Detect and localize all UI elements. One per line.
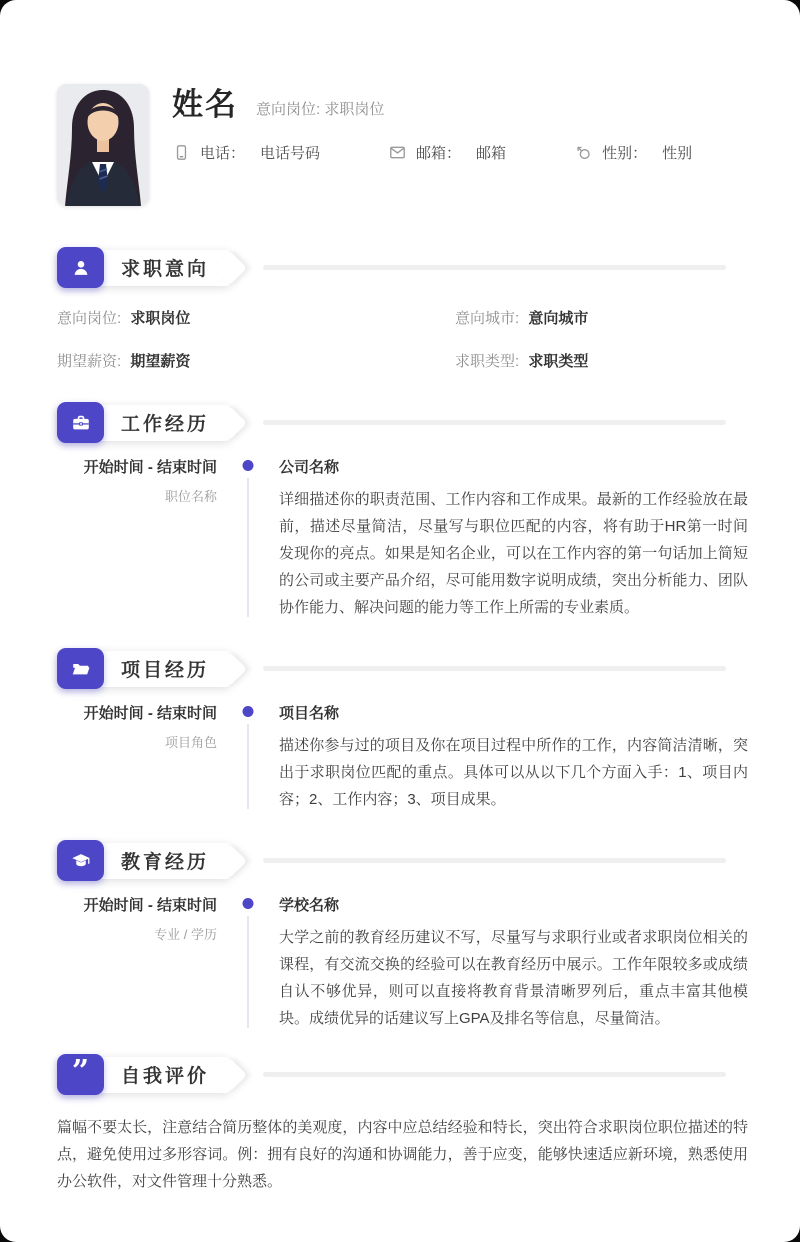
mail-icon (388, 143, 407, 162)
contact-value: 邮箱 (476, 142, 506, 163)
project-date-range: 开始时间 - 结束时间 (57, 702, 217, 723)
folder-icon (57, 648, 104, 689)
education-description: 大学之前的教育经历建议不写，尽量写与求职行业或者求职岗位相关的课程，有交流交换的… (279, 924, 748, 1032)
field-value: 求职类型 (528, 353, 588, 370)
user-icon (57, 247, 104, 288)
project-entry-body: 项目名称 描述你参与过的项目及你在项目过程中所作的工作，内容简洁清晰，突出于求职… (279, 700, 748, 813)
project-role: 项目角色 (57, 732, 217, 751)
project-entry-left: 开始时间 - 结束时间 项目角色 (57, 700, 217, 813)
school-name: 学校名称 (279, 894, 748, 915)
job-intention-fields: 意向岗位: 求职岗位 意向城市: 意向城市 期望薪资: 期望薪资 求职类型: 求… (57, 307, 748, 371)
timeline-dot (243, 898, 254, 909)
section-title: 自我评价 (121, 1061, 209, 1088)
resume-page: 姓名 意向岗位: 求职岗位 电话： 电话号码 (0, 0, 800, 1242)
phone-icon (172, 143, 191, 162)
graduation-cap-icon (57, 840, 104, 881)
contact-label: 邮箱： (416, 142, 461, 163)
timeline-gutter (217, 892, 279, 1032)
contact-value: 电话号码 (260, 142, 320, 163)
field-expected-salary: 期望薪资: 期望薪资 (57, 350, 455, 371)
timeline-gutter (217, 700, 279, 813)
section-divider-line (263, 420, 726, 425)
section-header-project: 项目经历 (57, 648, 748, 689)
work-entry-body: 公司名称 详细描述你的职责范围、工作内容和工作成果。最新的工作经验放在最前，描述… (279, 454, 748, 621)
education-date-range: 开始时间 - 结束时间 (57, 894, 217, 915)
candidate-name: 姓名 (172, 88, 238, 122)
contact-phone: 电话： 电话号码 (172, 142, 320, 163)
field-job-type: 求职类型: 求职类型 (455, 350, 748, 371)
education-major-degree: 专业 / 学历 (57, 924, 217, 943)
contact-gender: 性别： 性别 (574, 142, 692, 163)
field-value: 求职岗位 (130, 310, 190, 327)
timeline-line (247, 916, 249, 1028)
name-row: 姓名 意向岗位: 求职岗位 (172, 88, 692, 122)
section-header-self-evaluation: ” 自我评价 (57, 1054, 748, 1095)
contact-label: 性别： (602, 142, 647, 163)
contact-email: 邮箱： 邮箱 (388, 142, 506, 163)
field-label: 意向岗位: (57, 310, 121, 327)
gender-icon (574, 143, 593, 162)
work-description: 详细描述你的职责范围、工作内容和工作成果。最新的工作经验放在最前，描述尽量简洁，… (279, 486, 748, 621)
contact-row: 电话： 电话号码 邮箱： 邮箱 (172, 142, 692, 163)
section-header-job-intention: 求职意向 (57, 247, 748, 288)
project-entry: 开始时间 - 结束时间 项目角色 项目名称 描述你参与过的项目及你在项目过程中所… (57, 700, 748, 813)
briefcase-icon (57, 402, 104, 443)
quote-icon: ” (57, 1054, 104, 1095)
contact-label: 电话： (200, 142, 245, 163)
section-title: 项目经历 (121, 655, 209, 682)
section-header-education: 教育经历 (57, 840, 748, 881)
section-title: 教育经历 (121, 847, 209, 874)
field-value: 期望薪资 (130, 353, 190, 370)
work-role: 职位名称 (57, 486, 217, 505)
education-entry-body: 学校名称 大学之前的教育经历建议不写，尽量写与求职行业或者求职岗位相关的课程，有… (279, 892, 748, 1032)
field-value: 意向城市 (528, 310, 588, 327)
header-info: 姓名 意向岗位: 求职岗位 电话： 电话号码 (172, 84, 692, 206)
profile-photo (57, 84, 149, 206)
company-name: 公司名称 (279, 456, 748, 477)
timeline-line (247, 724, 249, 809)
section-divider-line (263, 858, 726, 863)
section-header-work: 工作经历 (57, 402, 748, 443)
section-divider-line (263, 666, 726, 671)
work-entry: 开始时间 - 结束时间 职位名称 公司名称 详细描述你的职责范围、工作内容和工作… (57, 454, 748, 621)
contact-value: 性别 (662, 142, 692, 163)
field-intent-city: 意向城市: 意向城市 (455, 307, 748, 328)
section-divider-line (263, 265, 726, 270)
avatar-illustration (57, 84, 149, 206)
timeline-dot (243, 460, 254, 471)
work-entry-left: 开始时间 - 结束时间 职位名称 (57, 454, 217, 621)
field-label: 意向城市: (455, 310, 519, 327)
timeline-dot (243, 706, 254, 717)
field-label: 求职类型: (455, 353, 519, 370)
self-evaluation-description: 篇幅不要太长，注意结合简历整体的美观度，内容中应总结经验和特长，突出符合求职岗位… (57, 1114, 748, 1195)
project-name: 项目名称 (279, 702, 748, 723)
work-date-range: 开始时间 - 结束时间 (57, 456, 217, 477)
section-divider-line (263, 1072, 726, 1077)
education-entry: 开始时间 - 结束时间 专业 / 学历 学校名称 大学之前的教育经历建议不写，尽… (57, 892, 748, 1032)
section-title: 工作经历 (121, 409, 209, 436)
field-intent-position: 意向岗位: 求职岗位 (57, 307, 455, 328)
timeline-line (247, 478, 249, 617)
education-entry-left: 开始时间 - 结束时间 专业 / 学历 (57, 892, 217, 1032)
timeline-gutter (217, 454, 279, 621)
project-description: 描述你参与过的项目及你在项目过程中所作的工作，内容简洁清晰，突出于求职岗位匹配的… (279, 732, 748, 813)
intent-position: 意向岗位: 求职岗位 (256, 98, 384, 122)
resume-header: 姓名 意向岗位: 求职岗位 电话： 电话号码 (57, 84, 748, 206)
section-title: 求职意向 (121, 254, 209, 281)
field-label: 期望薪资: (57, 353, 121, 370)
